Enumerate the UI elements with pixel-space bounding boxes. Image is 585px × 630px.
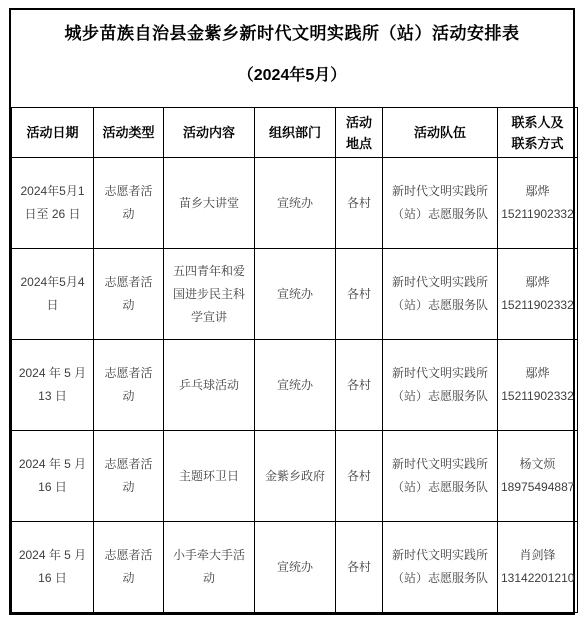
- cell-department: 宣统办: [255, 158, 336, 249]
- cell-content: 乒乓球活动: [164, 340, 255, 431]
- cell-team: 新时代文明实践所 （站）志愿服务队: [383, 522, 498, 613]
- cell-content: 小手牵大手活 动: [164, 522, 255, 613]
- cell-contact: 鄢烨 15211902332: [498, 340, 578, 431]
- cell-contact: 肖剑锋 13142201210: [498, 522, 578, 613]
- column-header-type: 活动类型: [94, 108, 164, 158]
- cell-contact: 杨文烦 18975494887: [498, 431, 578, 522]
- cell-contact: 鄢烨 15211902332: [498, 158, 578, 249]
- cell-department: 宣统办: [255, 340, 336, 431]
- column-header-contact: 联系人及 联系方式: [498, 108, 578, 158]
- column-header-team: 活动队伍: [383, 108, 498, 158]
- cell-type: 志愿者活 动: [94, 431, 164, 522]
- column-header-location: 活动 地点: [336, 108, 383, 158]
- document-title: 城步苗族自治县金紫乡新时代文明实践所（站）活动安排表: [11, 24, 573, 44]
- cell-location: 各村: [336, 340, 383, 431]
- column-header-date: 活动日期: [12, 108, 94, 158]
- cell-type: 志愿者活 动: [94, 158, 164, 249]
- table-row: 2024 年 5 月 16 日 志愿者活 动 主题环卫日 金紫乡政府 各村 新时…: [12, 431, 578, 522]
- document-sheet: 城步苗族自治县金紫乡新时代文明实践所（站）活动安排表 （2024年5月） 活动日…: [9, 8, 575, 615]
- cell-department: 宣统办: [255, 249, 336, 340]
- cell-location: 各村: [336, 522, 383, 613]
- cell-date: 2024 年 5 月 16 日: [12, 431, 94, 522]
- cell-team: 新时代文明实践所 （站）志愿服务队: [383, 431, 498, 522]
- cell-location: 各村: [336, 249, 383, 340]
- cell-team: 新时代文明实践所 （站）志愿服务队: [383, 158, 498, 249]
- document-subtitle: （2024年5月）: [11, 62, 573, 85]
- cell-date: 2024 年 5 月 13 日: [12, 340, 94, 431]
- title-block: 城步苗族自治县金紫乡新时代文明实践所（站）活动安排表 （2024年5月）: [11, 10, 573, 107]
- column-header-content: 活动内容: [164, 108, 255, 158]
- cell-content: 主题环卫日: [164, 431, 255, 522]
- cell-location: 各村: [336, 431, 383, 522]
- header-row: 活动日期 活动类型 活动内容 组织部门 活动 地点 活动队伍 联系人及 联系方式: [12, 108, 578, 158]
- table-row: 2024年5月4 日 志愿者活 动 五四青年和爱 国进步民主科 学宣讲 宣统办 …: [12, 249, 578, 340]
- cell-team: 新时代文明实践所 （站）志愿服务队: [383, 340, 498, 431]
- cell-type: 志愿者活 动: [94, 249, 164, 340]
- cell-department: 宣统办: [255, 522, 336, 613]
- cell-location: 各村: [336, 158, 383, 249]
- cell-date: 2024 年 5 月 16 日: [12, 522, 94, 613]
- cell-type: 志愿者活 动: [94, 522, 164, 613]
- table-row: 2024年5月1 日至 26 日 志愿者活 动 苗乡大讲堂 宣统办 各村 新时代…: [12, 158, 578, 249]
- column-header-department: 组织部门: [255, 108, 336, 158]
- cell-department: 金紫乡政府: [255, 431, 336, 522]
- cell-contact: 鄢烨 15211902332: [498, 249, 578, 340]
- cell-type: 志愿者活 动: [94, 340, 164, 431]
- cell-team: 新时代文明实践所 （站）志愿服务队: [383, 249, 498, 340]
- activity-table: 活动日期 活动类型 活动内容 组织部门 活动 地点 活动队伍 联系人及 联系方式…: [11, 107, 578, 613]
- cell-date: 2024年5月4 日: [12, 249, 94, 340]
- table-row: 2024 年 5 月 16 日 志愿者活 动 小手牵大手活 动 宣统办 各村 新…: [12, 522, 578, 613]
- table-row: 2024 年 5 月 13 日 志愿者活 动 乒乓球活动 宣统办 各村 新时代文…: [12, 340, 578, 431]
- cell-content: 苗乡大讲堂: [164, 158, 255, 249]
- cell-date: 2024年5月1 日至 26 日: [12, 158, 94, 249]
- cell-content: 五四青年和爱 国进步民主科 学宣讲: [164, 249, 255, 340]
